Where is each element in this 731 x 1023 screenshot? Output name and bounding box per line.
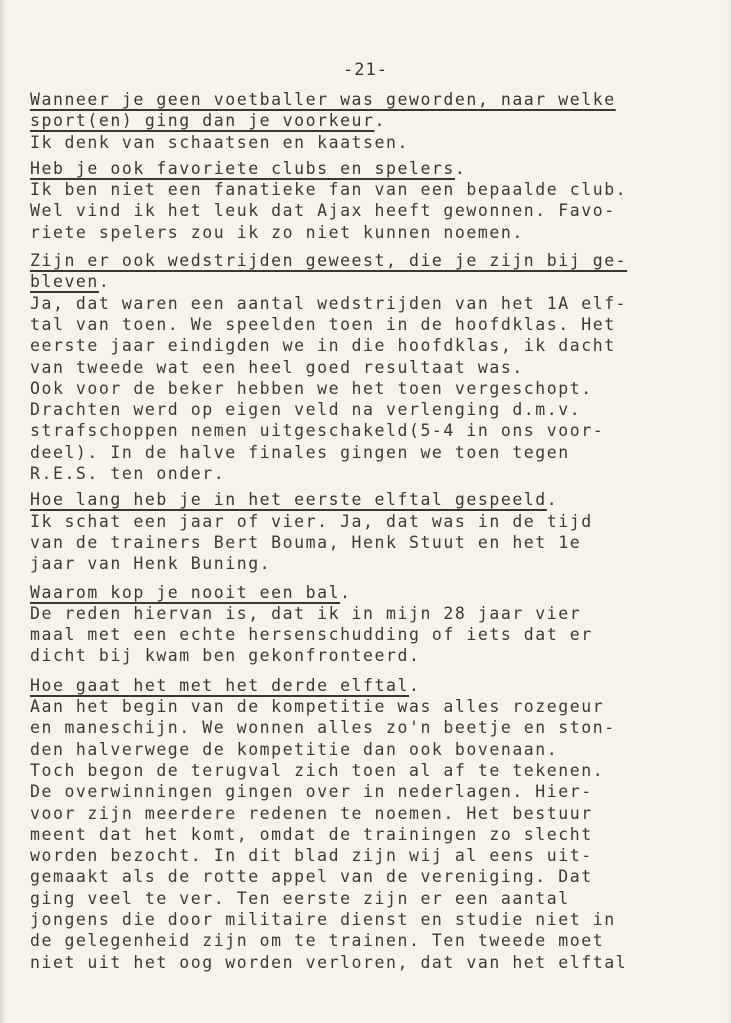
answer-line: ging veel te ver. Ten eerste zijn er een…	[30, 888, 690, 909]
paper-left-edge	[0, 0, 5, 1023]
answer-line: Drachten werd op eigen veld na verlengin…	[30, 399, 690, 420]
answer-line: de gelegenheid zijn om te trainen. Ten t…	[30, 930, 690, 951]
question-text: bleven	[30, 272, 99, 291]
answer-line: en maneschijn. We wonnen alles zo'n beet…	[30, 717, 690, 738]
question-text: sport(en) ging dan je voorkeur	[30, 111, 375, 130]
question-text: Wanneer je geen voetballer was geworden,…	[30, 90, 616, 109]
question-line: Hoe gaat het met het derde elftal.	[30, 675, 690, 696]
question-period: .	[547, 490, 558, 509]
qa-section-memorable-matches: Zijn er ook wedstrijden geweest, die je …	[30, 250, 690, 484]
question-period: .	[375, 111, 386, 130]
paper-right-edge	[727, 0, 731, 1023]
qa-section-favorite-clubs: Heb je ook favoriete clubs en spelers. I…	[30, 158, 690, 243]
answer-line: Wel vind ik het leuk dat Ajax heeft gewo…	[30, 200, 690, 221]
page-number: -21-	[0, 60, 731, 80]
answer-line: niet uit het oog worden verloren, dat va…	[30, 952, 690, 973]
answer-line: Ik ben niet een fanatieke fan van een be…	[30, 179, 690, 200]
answer-line: tal van toen. We speelden toen in de hoo…	[30, 314, 690, 335]
qa-section-third-team: Hoe gaat het met het derde elftal. Aan h…	[30, 675, 690, 973]
answer-line: R.E.S. ten onder.	[30, 463, 690, 484]
answer-line: jongens die door militaire dienst en stu…	[30, 909, 690, 930]
question-text: Hoe gaat het met het derde elftal	[30, 676, 409, 695]
question-text: Hoe lang heb je in het eerste elftal ges…	[30, 490, 547, 509]
question-period: .	[340, 583, 351, 602]
question-period: .	[409, 676, 420, 695]
question-line: Hoe lang heb je in het eerste elftal ges…	[30, 489, 690, 510]
answer-line: dicht bij kwam ben gekonfronteerd.	[30, 645, 690, 666]
answer-line: jaar van Henk Buning.	[30, 553, 690, 574]
answer-line: gemaakt als de rotte appel van de vereni…	[30, 866, 690, 887]
question-line: Wanneer je geen voetballer was geworden,…	[30, 89, 690, 110]
question-period: .	[99, 272, 110, 291]
answer-line: Ik schat een jaar of vier. Ja, dat was i…	[30, 511, 690, 532]
answer-line: De overwinningen gingen over in nederlag…	[30, 781, 690, 802]
answer-line: eerste jaar eindigden we in die hoofdkla…	[30, 335, 690, 356]
answer-line: riete spelers zou ik zo niet kunnen noem…	[30, 222, 690, 243]
question-line: Waarom kop je nooit een bal.	[30, 582, 690, 603]
answer-line: meent dat het komt, omdat de trainingen …	[30, 824, 690, 845]
answer-line: Toch begon de terugval zich toen al af t…	[30, 760, 690, 781]
answer-line: van tweede wat een heel goed resultaat w…	[30, 357, 690, 378]
answer-line: voor zijn meerdere redenen te noemen. He…	[30, 803, 690, 824]
question-line: bleven.	[30, 271, 690, 292]
qa-section-heading-ball: Waarom kop je nooit een bal. De reden hi…	[30, 582, 690, 667]
answer-line: strafschoppen nemen uitgeschakeld(5-4 in…	[30, 420, 690, 441]
question-line: Zijn er ook wedstrijden geweest, die je …	[30, 250, 690, 271]
answer-line: worden bezocht. In dit blad zijn wij al …	[30, 845, 690, 866]
answer-line: De reden hiervan is, dat ik in mijn 28 j…	[30, 603, 690, 624]
answer-line: deel). In de halve finales gingen we toe…	[30, 442, 690, 463]
answer-line: Ook voor de beker hebben we het toen ver…	[30, 378, 690, 399]
answer-line: van de trainers Bert Bouma, Henk Stuut e…	[30, 532, 690, 553]
answer-line: den halverwege de kompetitie dan ook bov…	[30, 739, 690, 760]
document-body: Wanneer je geen voetballer was geworden,…	[30, 89, 690, 978]
answer-line: maal met een echte hersenschudding of ie…	[30, 624, 690, 645]
question-line: sport(en) ging dan je voorkeur.	[30, 110, 690, 131]
answer-line: Ik denk van schaatsen en kaatsen.	[30, 132, 690, 153]
question-line: Heb je ook favoriete clubs en spelers.	[30, 158, 690, 179]
question-period: .	[455, 159, 466, 178]
question-text: Waarom kop je nooit een bal	[30, 583, 340, 602]
qa-section-first-team-years: Hoe lang heb je in het eerste elftal ges…	[30, 489, 690, 574]
answer-line: Aan het begin van de kompetitie was alle…	[30, 696, 690, 717]
question-text: Zijn er ook wedstrijden geweest, die je …	[30, 251, 627, 270]
question-text: Heb je ook favoriete clubs en spelers	[30, 159, 455, 178]
qa-section-sports-preference: Wanneer je geen voetballer was geworden,…	[30, 89, 690, 153]
answer-line: Ja, dat waren een aantal wedstrijden van…	[30, 293, 690, 314]
